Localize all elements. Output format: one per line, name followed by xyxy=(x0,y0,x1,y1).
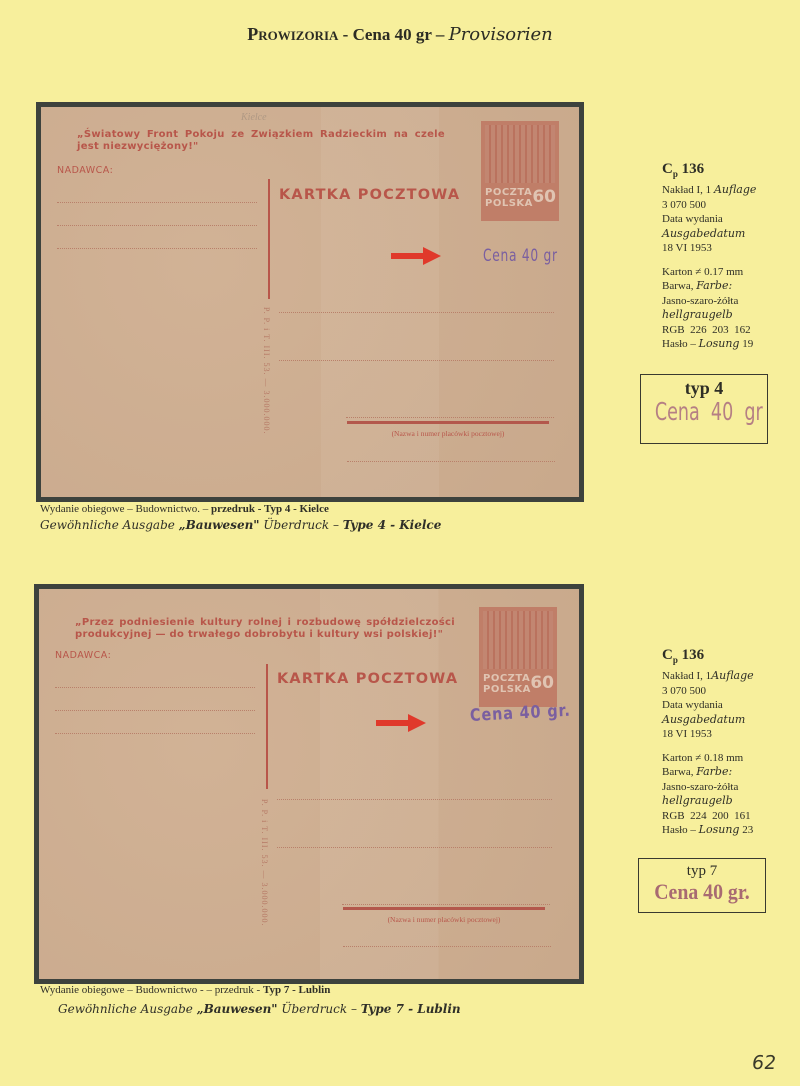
stamp-construction-scene xyxy=(485,125,555,183)
caption-de-type: Type 4 - Kielce xyxy=(343,518,442,532)
address-line xyxy=(346,417,554,418)
address-line xyxy=(279,360,554,361)
info-panel-2: Cp 136 Nakład I, 1Auflage 3 070 500 Data… xyxy=(662,646,754,838)
caption-de-type: Type 7 - Lublin xyxy=(361,1002,461,1016)
print-run-label: Nakład I, 1Auflage xyxy=(662,669,754,684)
color-name-pl: Jasno-szaro-żółta xyxy=(662,780,754,795)
stamp-country: POCZTA POLSKA xyxy=(485,187,533,209)
stamp-construction-scene xyxy=(483,611,553,669)
office-label: (Nazwa i numer placówki pocztowej) xyxy=(347,429,549,438)
caption-de-rest: Überdruck – xyxy=(260,518,343,532)
caption-de-script: Gewöhnliche Ausgabe xyxy=(40,518,179,532)
print-run-value: 3 070 500 xyxy=(662,198,756,213)
overprint-text: Cena 40 gr. xyxy=(469,701,571,726)
color-label: Barwa, Farbe: xyxy=(662,279,756,294)
issue-date-value: 18 VI 1953 xyxy=(662,241,756,256)
postcard-2: „Przez podniesienie kultury rolnej i roz… xyxy=(34,584,584,984)
stamp-line1: POCZTA xyxy=(483,673,531,684)
type-sample: Cena 40 gr. xyxy=(645,880,758,904)
stamp-line1: POCZTA xyxy=(485,187,533,198)
caption-pl-bold: przedruk - Typ 4 - Kielce xyxy=(211,503,329,515)
catalog-number: Cp 136 xyxy=(662,160,756,183)
slogan-number: Hasło – Losung 23 xyxy=(662,823,754,838)
slogan-text: „Przez podniesienie kultury rolnej i roz… xyxy=(75,617,455,641)
card-thickness: Karton ≠ 0.17 mm xyxy=(662,265,756,280)
address-line xyxy=(277,847,552,848)
color-name-de: hellgraugelb xyxy=(662,794,754,809)
caption-pl-bold: Typ 7 - Lublin xyxy=(263,984,330,996)
type-label: typ 7 xyxy=(639,862,765,880)
card-title: KARTKA POCZTOWA xyxy=(279,187,460,203)
type-sample: Cena 40 gr xyxy=(655,397,753,427)
red-arrow-icon xyxy=(391,247,441,265)
address-line xyxy=(343,946,551,947)
stamp-line2: POLSKA xyxy=(485,198,533,209)
sender-label: NADAWCA: xyxy=(57,165,113,176)
type-label: typ 4 xyxy=(641,379,767,397)
color-name-pl: Jasno-szaro-żółta xyxy=(662,294,756,309)
caption-pl-1: Wydanie obiegowe – Budownictwo. – przedr… xyxy=(40,503,329,515)
postcard-1: Kielce „Światowy Front Pokoju ze Związki… xyxy=(36,102,584,502)
card-thickness: Karton ≠ 0.18 mm xyxy=(662,751,754,766)
sender-line xyxy=(55,733,255,734)
sender-line xyxy=(57,202,257,203)
issue-date-label-de: Ausgabedatum xyxy=(662,227,756,242)
sender-label: NADAWCA: xyxy=(55,650,111,661)
postcard-2-paper: „Przez podniesienie kultury rolnej i roz… xyxy=(39,589,579,979)
caption-de-rest: Überdruck – xyxy=(278,1002,361,1016)
overprint-type-box-1: typ 4 Cena 40 gr xyxy=(640,374,768,444)
address-line xyxy=(347,461,555,462)
color-label: Barwa, Farbe: xyxy=(662,765,754,780)
page-title-mid: - Cena 40 gr – xyxy=(338,25,448,44)
sender-line xyxy=(57,225,257,226)
caption-de-bold: „Bauwesen" xyxy=(179,518,260,532)
red-arrow-icon xyxy=(376,714,426,732)
printer-imprint: P. P. i T. III. 53. — 3.000.000. xyxy=(262,307,271,435)
sender-line xyxy=(55,710,255,711)
caption-de-bold: „Bauwesen" xyxy=(197,1002,278,1016)
address-line xyxy=(342,904,550,905)
caption-pl-plain: Wydanie obiegowe – Budownictwo. – xyxy=(40,503,211,515)
postcard-1-paper: Kielce „Światowy Front Pokoju ze Związki… xyxy=(41,107,579,497)
office-line xyxy=(347,421,549,424)
sender-line xyxy=(57,248,257,249)
rgb-value: RGB 224 200 161 xyxy=(662,809,754,824)
caption-de-script: Gewöhnliche Ausgabe xyxy=(58,1002,197,1016)
printed-stamp: POCZTA POLSKA 60 xyxy=(479,607,557,707)
vertical-divider xyxy=(268,179,270,299)
color-name-de: hellgraugelb xyxy=(662,308,756,323)
info-panel-1: Cp 136 Nakład I, 1 Auflage 3 070 500 Dat… xyxy=(662,160,756,352)
stamp-country: POCZTA POLSKA xyxy=(483,673,531,695)
issue-date-label: Data wydania xyxy=(662,212,756,227)
issue-date-label: Data wydania xyxy=(662,698,754,713)
print-run-value: 3 070 500 xyxy=(662,684,754,699)
caption-de-1: Gewöhnliche Ausgabe „Bauwesen" Überdruck… xyxy=(40,518,441,533)
sender-line xyxy=(55,687,255,688)
caption-pl-plain: Wydanie obiegowe – Budownictwo - – przed… xyxy=(40,984,263,996)
caption-de-2: Gewöhnliche Ausgabe „Bauwesen" Überdruck… xyxy=(58,1002,461,1017)
page-number: 62 xyxy=(750,1052,777,1074)
vertical-divider xyxy=(266,664,268,789)
address-line xyxy=(277,799,552,800)
catalog-number: Cp 136 xyxy=(662,646,754,669)
printer-imprint: P. P. i T. III. 53. — 3.000.000. xyxy=(260,799,269,927)
rgb-value: RGB 226 203 162 xyxy=(662,323,756,338)
stamp-line2: POLSKA xyxy=(483,684,531,695)
overprint-type-box-2: typ 7 Cena 40 gr. xyxy=(638,858,766,913)
office-label: (Nazwa i numer placówki pocztowej) xyxy=(343,915,545,924)
caption-pl-2: Wydanie obiegowe – Budownictwo - – przed… xyxy=(40,984,330,996)
pencil-note: Kielce xyxy=(241,112,267,123)
page-title-main: Prowizoria xyxy=(247,24,338,44)
stamp-value: 60 xyxy=(532,187,556,207)
stamp-value: 60 xyxy=(530,673,554,693)
issue-date-label-de: Ausgabedatum xyxy=(662,713,754,728)
issue-date-value: 18 VI 1953 xyxy=(662,727,754,742)
address-line xyxy=(279,312,554,313)
overprint-text: Cena 40 gr xyxy=(483,246,558,266)
slogan-number: Hasło – Losung 19 xyxy=(662,337,756,352)
printed-stamp: POCZTA POLSKA 60 xyxy=(481,121,559,221)
print-run-label: Nakład I, 1 Auflage xyxy=(662,183,756,198)
page-title-script: Provisorien xyxy=(449,24,553,45)
slogan-text: „Światowy Front Pokoju ze Związkiem Radz… xyxy=(77,129,445,153)
office-line xyxy=(343,907,545,910)
page-title: Prowizoria - Cena 40 gr – Provisorien xyxy=(0,24,800,45)
card-title: KARTKA POCZTOWA xyxy=(277,671,458,687)
